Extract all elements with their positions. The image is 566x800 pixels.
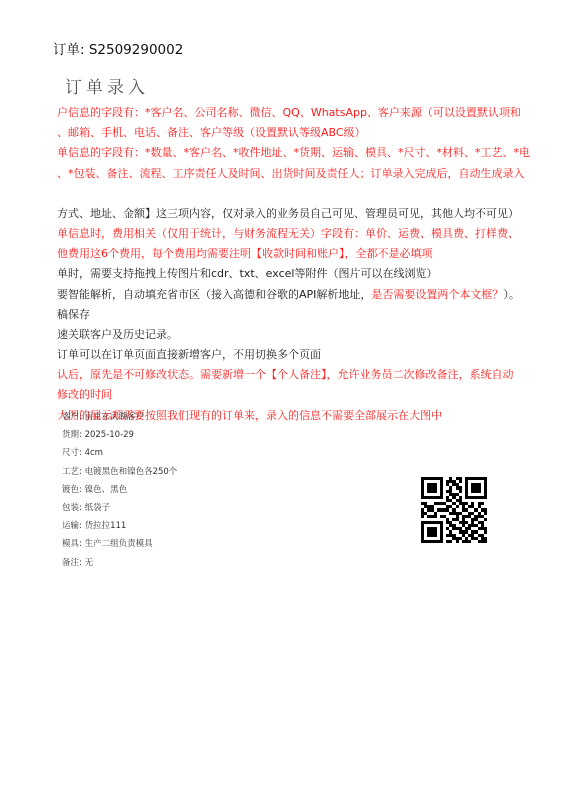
field-packaging: 包装: 纸袋子 — [62, 499, 177, 517]
note-text: 、*包装、备注、流程、工序责任人及时间、出货时间及责任人；订单录入完成后，自动生… — [57, 167, 525, 180]
note-text: 户信息的字段有：*客户名、公司名称、微信、QQ、WhatsApp、客户来源（可以… — [57, 106, 521, 119]
field-delivery-date: 货期: 2025-10-29 — [62, 426, 177, 444]
note-line: 、邮箱、手机、电话、备注、客户等级（设置默认等级ABC级） — [57, 123, 566, 143]
note-text: 订单可以在订单页面直接新增客户，不用切换多个页面 — [57, 348, 321, 361]
field-craft: 工艺: 电镀黑色和镍色各250个 — [62, 463, 177, 481]
note-text: 单信息时，费用相关（仅用于统计，与财务流程无关）字段有：单价、运费、模具费、打样… — [57, 227, 519, 240]
note-line: 稿保存 — [57, 305, 566, 325]
field-mold: 模具: 生产二组负责模具 — [62, 535, 177, 553]
note-line: 单信息时，费用相关（仅用于统计，与财务流程无关）字段有：单价、运费、模具费、打样… — [57, 224, 566, 244]
note-text: 单时，需要支持拖拽上传图片和cdr、txt、excel等附件（图片可以在线浏览） — [57, 267, 437, 280]
note-text: 认后，原先是不可修改状态。需要新增一个【个人备注】，允许业务员二次修改备注，系统… — [57, 368, 514, 381]
note-line: 单信息的字段有：*数量、*客户名、*收件地址、*货期、运输、模具、*尺寸、*材料… — [57, 143, 566, 163]
note-text: 修改的时间 — [57, 388, 112, 401]
note-line: 方式、地址、金额】这三项内容，仅对录入的业务员自己可见、管理员可见，其他人均不可… — [57, 204, 566, 224]
note-line: 要智能解析，自动填充省市区（接入高德和谷歌的API解析地址，是否需要设置两个本文… — [57, 285, 566, 305]
qr-code-icon — [421, 477, 487, 543]
field-shipping: 运输: 货拉拉111 — [62, 517, 177, 535]
note-line: 他费用这6个费用，每个费用均需要注明【收款时间和账户】，全都不是必填项 — [57, 244, 566, 264]
note-line: 订单可以在订单页面直接新增客户，不用切换多个页面 — [57, 345, 566, 365]
field-size: 尺寸: 4cm — [62, 444, 177, 462]
note-text: 是否需要设置两个本文框？ — [371, 288, 503, 301]
field-customer: 客户: 南京玄武湖客户 — [62, 408, 177, 426]
note-line: 、*包装、备注、流程、工序责任人及时间、出货时间及责任人；订单录入完成后，自动生… — [57, 164, 566, 184]
note-text: 要智能解析，自动填充省市区（接入高德和谷歌的API解析地址， — [57, 288, 371, 301]
page-title: 订单录入 — [65, 73, 149, 98]
field-plating-color: 镀色: 镍色、黑色 — [62, 481, 177, 499]
note-line: 户信息的字段有：*客户名、公司名称、微信、QQ、WhatsApp、客户来源（可以… — [57, 103, 566, 123]
note-text: 速关联客户及历史记录。 — [57, 328, 178, 341]
note-line — [57, 184, 566, 204]
note-text: 、邮箱、手机、电话、备注、客户等级（设置默认等级ABC级） — [57, 126, 366, 139]
requirements-notes: 户信息的字段有：*客户名、公司名称、微信、QQ、WhatsApp、客户来源（可以… — [57, 103, 566, 426]
note-line: 速关联客户及历史记录。 — [57, 325, 566, 345]
note-line: 单时，需要支持拖拽上传图片和cdr、txt、excel等附件（图片可以在线浏览） — [57, 264, 566, 284]
note-text: 稿保存 — [57, 308, 90, 321]
field-remark: 备注: 无 — [62, 554, 177, 572]
note-text: ）。 — [503, 288, 520, 301]
note-line: 修改的时间 — [57, 385, 566, 405]
note-line: 认后，原先是不可修改状态。需要新增一个【个人备注】，允许业务员二次修改备注，系统… — [57, 365, 566, 385]
order-number: 订单: S2509290002 — [53, 38, 183, 58]
note-text: 方式、地址、金额】这三项内容，仅对录入的业务员自己可见、管理员可见，其他人均不可… — [57, 207, 519, 220]
order-summary-card: 客户: 南京玄武湖客户 货期: 2025-10-29 尺寸: 4cm 工艺: 电… — [62, 408, 177, 572]
note-text: 他费用这6个费用，每个费用均需要注明【收款时间和账户】，全都不是必填项 — [57, 247, 433, 260]
note-text: 单信息的字段有：*数量、*客户名、*收件地址、*货期、运输、模具、*尺寸、*材料… — [57, 146, 530, 159]
